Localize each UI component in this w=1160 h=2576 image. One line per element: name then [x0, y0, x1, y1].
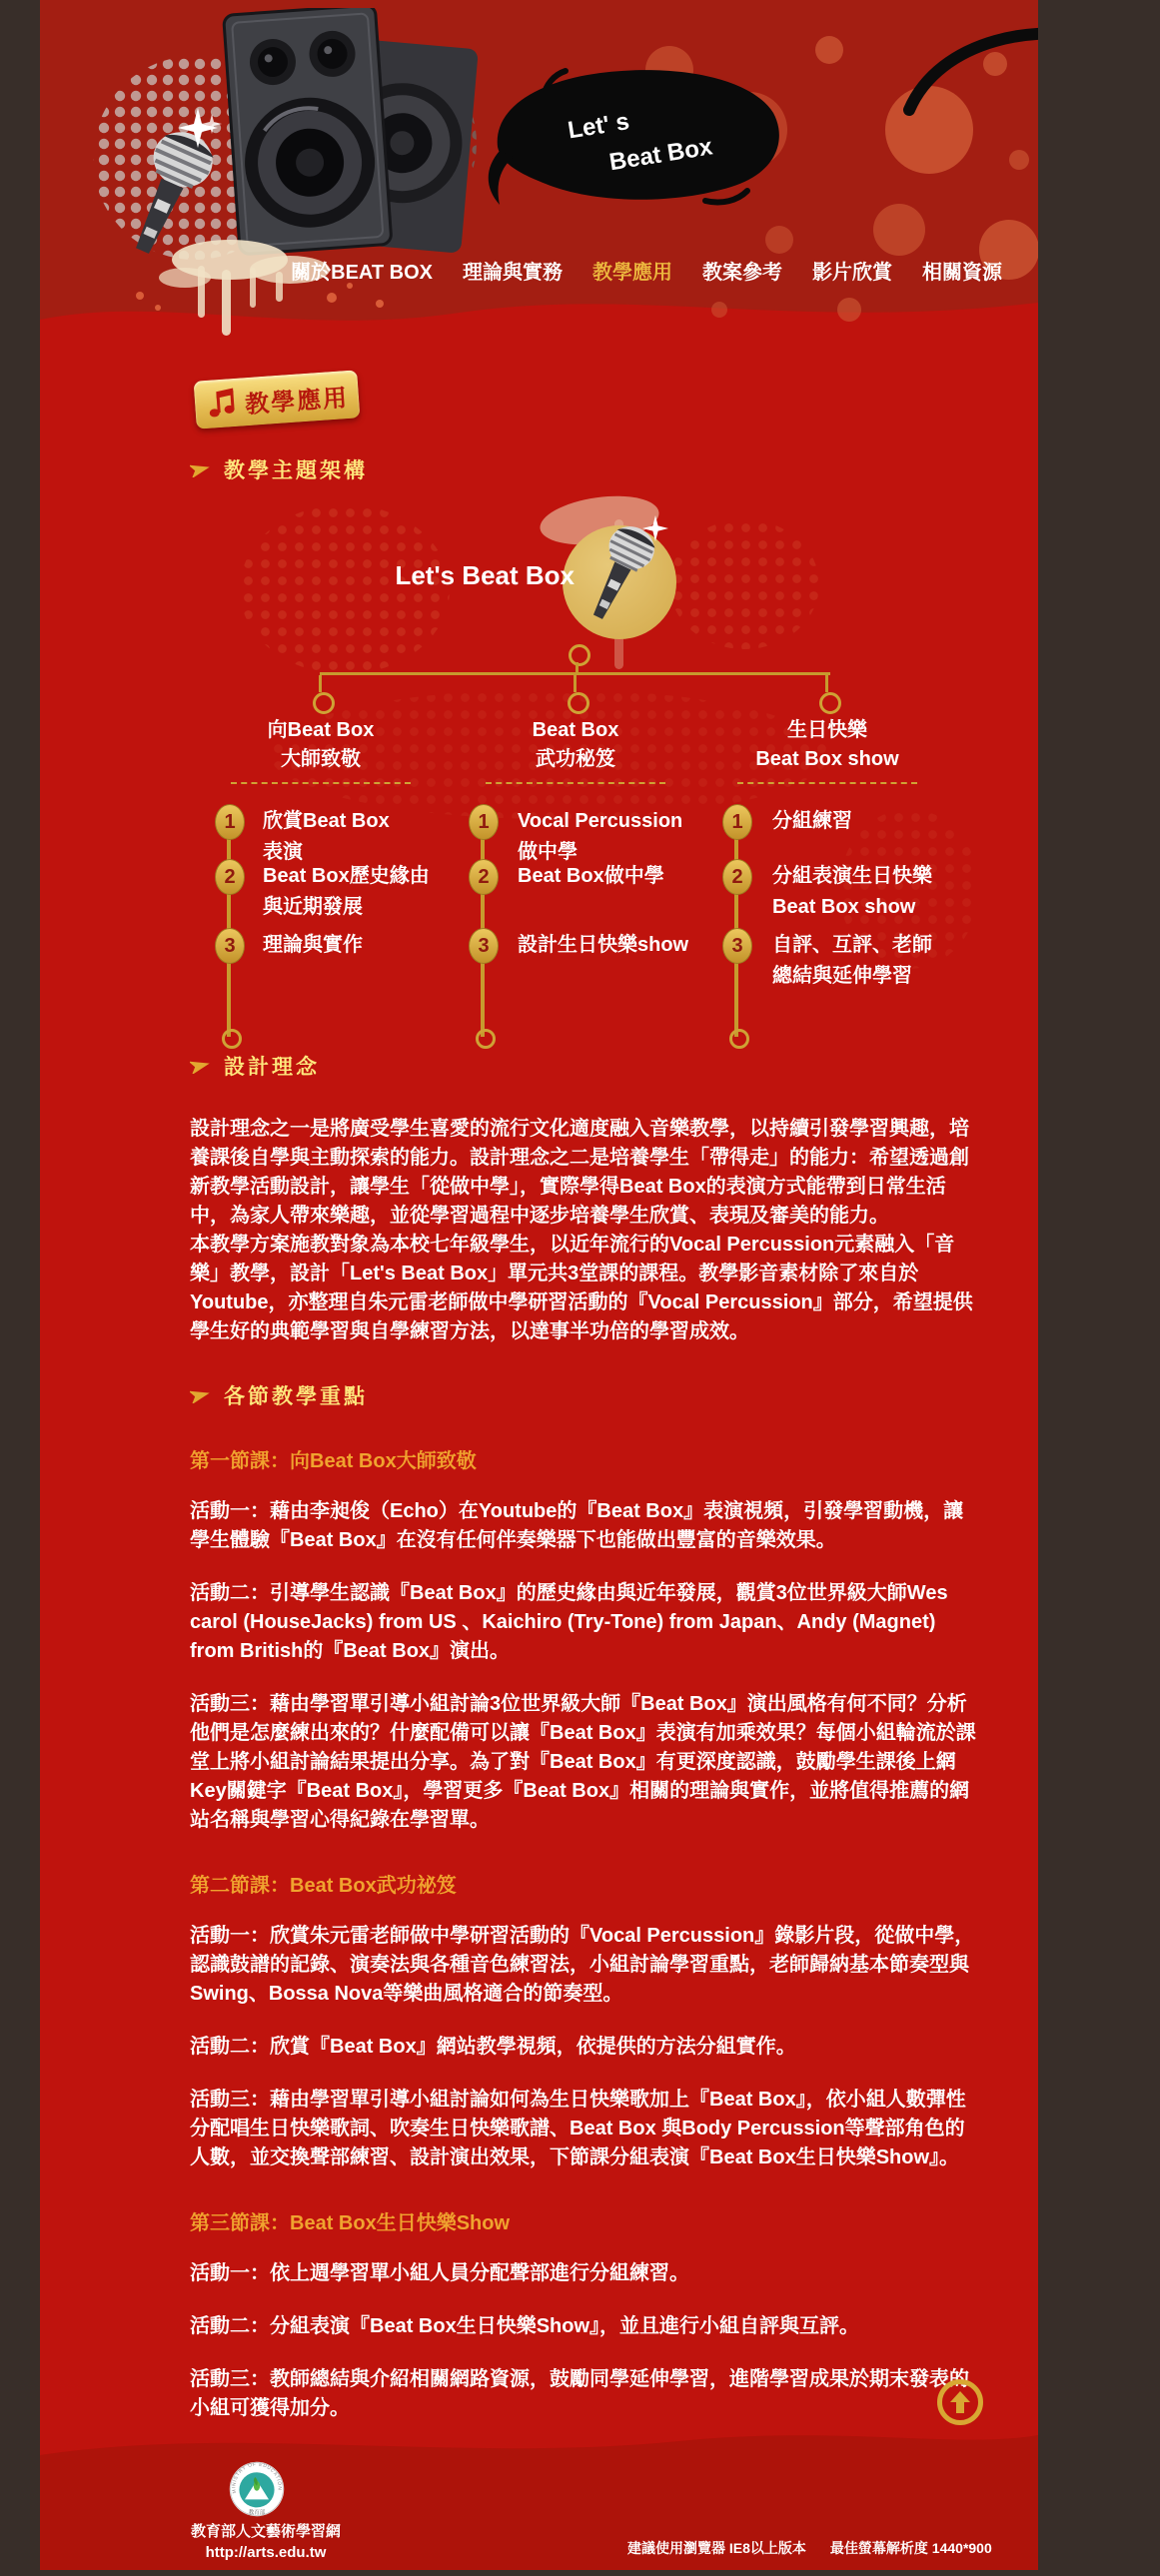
step-number: 3	[469, 928, 499, 964]
concept-paragraphs: 設計理念之一是將廣受學生喜愛的流行文化適度融入音樂教學，以持續引發學習興趣，培養…	[190, 1115, 977, 1346]
connector-node	[729, 1029, 749, 1049]
step-number: 3	[215, 928, 245, 964]
nav-item-about[interactable]: 關於BEAT BOX	[291, 256, 433, 285]
dashed-divider	[737, 782, 917, 784]
microphone-icon	[580, 512, 679, 637]
step-label: Vocal Percussion做中學	[518, 806, 682, 868]
step-number: 2	[469, 859, 499, 895]
section-title: 教學主題架構	[224, 454, 368, 484]
section-header-keypoints: 各節教學重點	[190, 1380, 977, 1410]
step-label: 欣賞Beat Box表演	[263, 806, 390, 868]
connector-node	[313, 692, 335, 714]
teaching-structure-diagram: Let's Beat Box 向Beat Box大師致敬 Beat Box武功秘…	[40, 504, 1038, 1049]
lesson3-activity1: 活動一：依上週學習單小組人員分配聲部進行分組練習。	[190, 2259, 977, 2288]
nav-item-theory[interactable]: 理論與實務	[463, 256, 563, 285]
lesson1-activity1: 活動一：藉由李昶俊（Echo）在Youtube的『Beat Box』表演視頻，引…	[190, 1497, 977, 1555]
footer-notice: 建議使用瀏覽器 IE8以上版本 最佳螢幕解析度 1440*900	[627, 2538, 1027, 2558]
section-title: 設計理念	[224, 1051, 320, 1081]
step-number: 2	[215, 859, 245, 895]
step-label: Beat Box歷史緣由與近期發展	[263, 861, 430, 923]
step-number: 1	[469, 804, 499, 840]
lesson3-title: 第三節課：Beat Box生日快樂Show	[190, 2206, 977, 2235]
connector-node	[568, 692, 589, 714]
lesson1-activity3: 活動三：藉由學習單引導小組討論3位世界級大師『Beat Box』演出風格有何不同…	[190, 1690, 977, 1835]
lesson2-activity2: 活動二：欣賞『Beat Box』網站教學視頻，依提供的方法分組實作。	[190, 2033, 977, 2062]
ministry-of-education-logo: MINISTRY OF EDUCATION 教育部	[229, 2461, 285, 2517]
up-arrow-icon	[950, 2391, 970, 2413]
connector-node	[222, 1029, 242, 1049]
lesson1-activity2: 活動二：引導學生認識『Beat Box』的歷史緣由與近年發展，觀賞3位世界級大師…	[190, 1579, 977, 1666]
lesson3-activity3: 活動三：教師總結與介紹相關網路資源，鼓勵同學延伸學習，進階學習成果於期末發表的小…	[190, 2365, 977, 2423]
arrow-bullet-icon	[190, 461, 210, 477]
lesson3-activity2: 活動二：分組表演『Beat Box生日快樂Show』，並且進行小組自評與互評。	[190, 2312, 977, 2341]
speakers-microphone-graphic	[80, 8, 500, 338]
step-label: Beat Box做中學	[518, 861, 664, 892]
section-header-concept: 設計理念	[190, 1051, 977, 1081]
step-label: 理論與實作	[263, 930, 363, 961]
connector-node	[476, 1029, 496, 1049]
section-header-structure: 教學主題架構	[190, 454, 368, 484]
main-page-column: Let' s Beat Box 關於BEAT BOX 理論與實務 教學應用 教案…	[40, 0, 1038, 2570]
step-label: 自評、互評、老師總結與延伸學習	[772, 930, 932, 992]
step-number: 1	[722, 804, 752, 840]
lesson2-title: 第二節課：Beat Box武功祕笈	[190, 1869, 977, 1898]
diagram-column-title: 生日快樂Beat Box show	[707, 716, 947, 774]
footer-site-info: 教育部人文藝術學習網 http://arts.edu.tw	[161, 2521, 371, 2563]
diagram-root-title: Let's Beat Box	[285, 560, 575, 591]
footer-site-name: 教育部人文藝術學習網	[161, 2521, 371, 2542]
step-number: 2	[722, 859, 752, 895]
music-note-icon	[204, 388, 238, 420]
diagram-column-title: Beat Box武功秘笈	[456, 716, 695, 774]
beatbox-teaching-page: { "colors": { "page_bg": "#382e29", "hea…	[0, 0, 1160, 2576]
resolution-notice: 最佳螢幕解析度 1440*900	[830, 2538, 992, 2558]
page-badge-label: 教學應用	[244, 378, 350, 420]
arrow-bullet-icon	[190, 1387, 210, 1403]
step-number: 3	[722, 928, 752, 964]
browser-notice: 建議使用瀏覽器 IE8以上版本	[627, 2538, 806, 2558]
page-badge: 教學應用	[194, 370, 361, 429]
speech-bubble: Let' s Beat Box	[470, 55, 799, 225]
concept-paragraph: 本教學方案施教對象為本校七年級學生，以近年流行的Vocal Percussion…	[190, 1231, 977, 1346]
lesson2-activity1: 活動一：欣賞朱元雷老師做中學研習活動的『Vocal Percussion』錄影片…	[190, 1922, 977, 2009]
nav-item-teaching-application[interactable]: 教學應用	[592, 256, 672, 285]
dashed-divider	[231, 782, 411, 784]
footer-site-url[interactable]: http://arts.edu.tw	[161, 2542, 371, 2563]
main-text-content: 設計理念 設計理念之一是將廣受學生喜愛的流行文化適度融入音樂教學，以持續引發學習…	[190, 1051, 977, 2423]
footer-wave-divider	[40, 2425, 1038, 2465]
nav-item-videos[interactable]: 影片欣賞	[812, 256, 892, 285]
step-label: 分組表演生日快樂Beat Box show	[772, 861, 932, 923]
nav-item-lesson-plans[interactable]: 教案參考	[702, 256, 782, 285]
connector-node	[819, 692, 841, 714]
step-label: 設計生日快樂show	[518, 930, 688, 961]
main-nav: 關於BEAT BOX 理論與實務 教學應用 教案參考 影片欣賞 相關資源	[291, 256, 1002, 285]
concept-paragraph: 設計理念之一是將廣受學生喜愛的流行文化適度融入音樂教學，以持續引發學習興趣，培養…	[190, 1115, 977, 1231]
section-title: 各節教學重點	[224, 1380, 368, 1410]
diagram-column-title: 向Beat Box大師致敬	[201, 716, 441, 774]
nav-item-resources[interactable]: 相關資源	[922, 256, 1002, 285]
corner-swirl-decor	[869, 0, 1038, 130]
lesson2-activity3: 活動三：藉由學習單引導小組討論如何為生日快樂歌加上『Beat Box』，依小組人…	[190, 2086, 977, 2172]
back-to-top-button[interactable]	[937, 2379, 983, 2425]
step-label: 分組練習	[772, 806, 852, 837]
connector-node	[569, 644, 590, 666]
dashed-divider	[486, 782, 665, 784]
lesson1-title: 第一節課：向Beat Box大師致敬	[190, 1444, 977, 1473]
step-number: 1	[215, 804, 245, 840]
arrow-bullet-icon	[190, 1058, 210, 1074]
